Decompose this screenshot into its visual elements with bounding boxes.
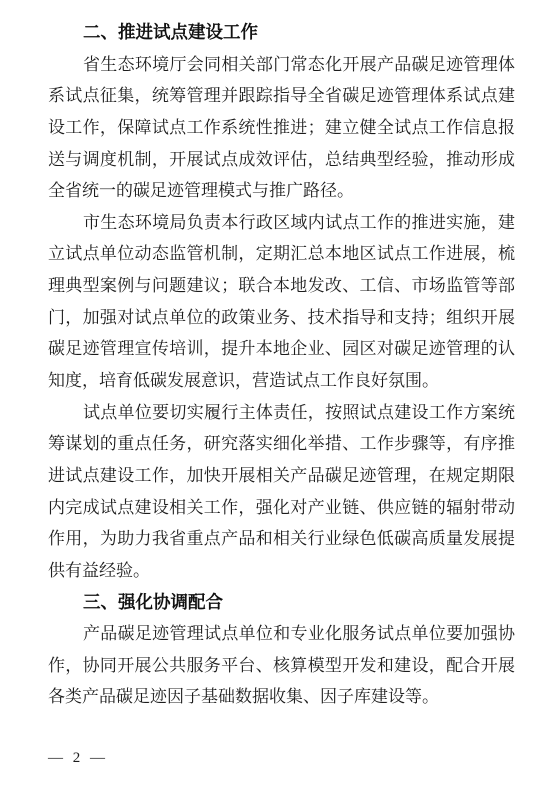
section-3-heading: 三、强化协调配合 <box>48 587 515 619</box>
paragraph-line: 试点单位要切实履行主体责任，按照试点建设工作方案统 <box>48 397 515 429</box>
paragraph-line: 各类产品碳足迹因子基础数据收集、因子库建设等。 <box>48 681 515 713</box>
paragraph-line: 作，协同开展公共服务平台、核算模型开发和建设，配合开展 <box>48 650 515 682</box>
page-number: — 2 — <box>48 750 108 767</box>
paragraph-line: 立试点单位动态监管机制，定期汇总本地区试点工作进展，梳 <box>48 238 515 270</box>
document-page: 二、推进试点建设工作 省生态环境厅会同相关部门常态化开展产品碳足迹管理体 系试点… <box>0 0 560 790</box>
paragraph-line: 作用，为助力我省重点产品和相关行业绿色低碳高质量发展提 <box>48 523 515 555</box>
paragraph-line: 省生态环境厅会同相关部门常态化开展产品碳足迹管理体 <box>48 49 515 81</box>
paragraph-line: 理典型案例与问题建议；联合本地发改、工信、市场监管等部 <box>48 270 515 302</box>
paragraph-line: 系试点征集，统筹管理并跟踪指导全省碳足迹管理体系试点建 <box>48 80 515 112</box>
document-body: 二、推进试点建设工作 省生态环境厅会同相关部门常态化开展产品碳足迹管理体 系试点… <box>48 17 515 713</box>
paragraph-line: 产品碳足迹管理试点单位和专业化服务试点单位要加强协 <box>48 618 515 650</box>
paragraph-line: 市生态环境局负责本行政区域内试点工作的推进实施，建 <box>48 207 515 239</box>
paragraph-line: 碳足迹管理宣传培训，提升本地企业、园区对碳足迹管理的认 <box>48 333 515 365</box>
section-2-heading: 二、推进试点建设工作 <box>48 17 515 49</box>
paragraph-line: 供有益经验。 <box>48 555 515 587</box>
paragraph-line: 内完成试点建设相关工作，强化对产业链、供应链的辐射带动 <box>48 492 515 524</box>
paragraph-line: 送与调度机制，开展试点成效评估，总结典型经验，推动形成 <box>48 144 515 176</box>
paragraph-line: 知度，培育低碳发展意识，营造试点工作良好氛围。 <box>48 365 515 397</box>
paragraph-line: 设工作，保障试点工作系统性推进；建立健全试点工作信息报 <box>48 112 515 144</box>
paragraph-line: 全省统一的碳足迹管理模式与推广路径。 <box>48 175 515 207</box>
paragraph-line: 门，加强对试点单位的政策业务、技术指导和支持；组织开展 <box>48 302 515 334</box>
paragraph-line: 进试点建设工作，加快开展相关产品碳足迹管理，在规定期限 <box>48 460 515 492</box>
paragraph-line: 筹谋划的重点任务，研究落实细化举措、工作步骤等，有序推 <box>48 428 515 460</box>
